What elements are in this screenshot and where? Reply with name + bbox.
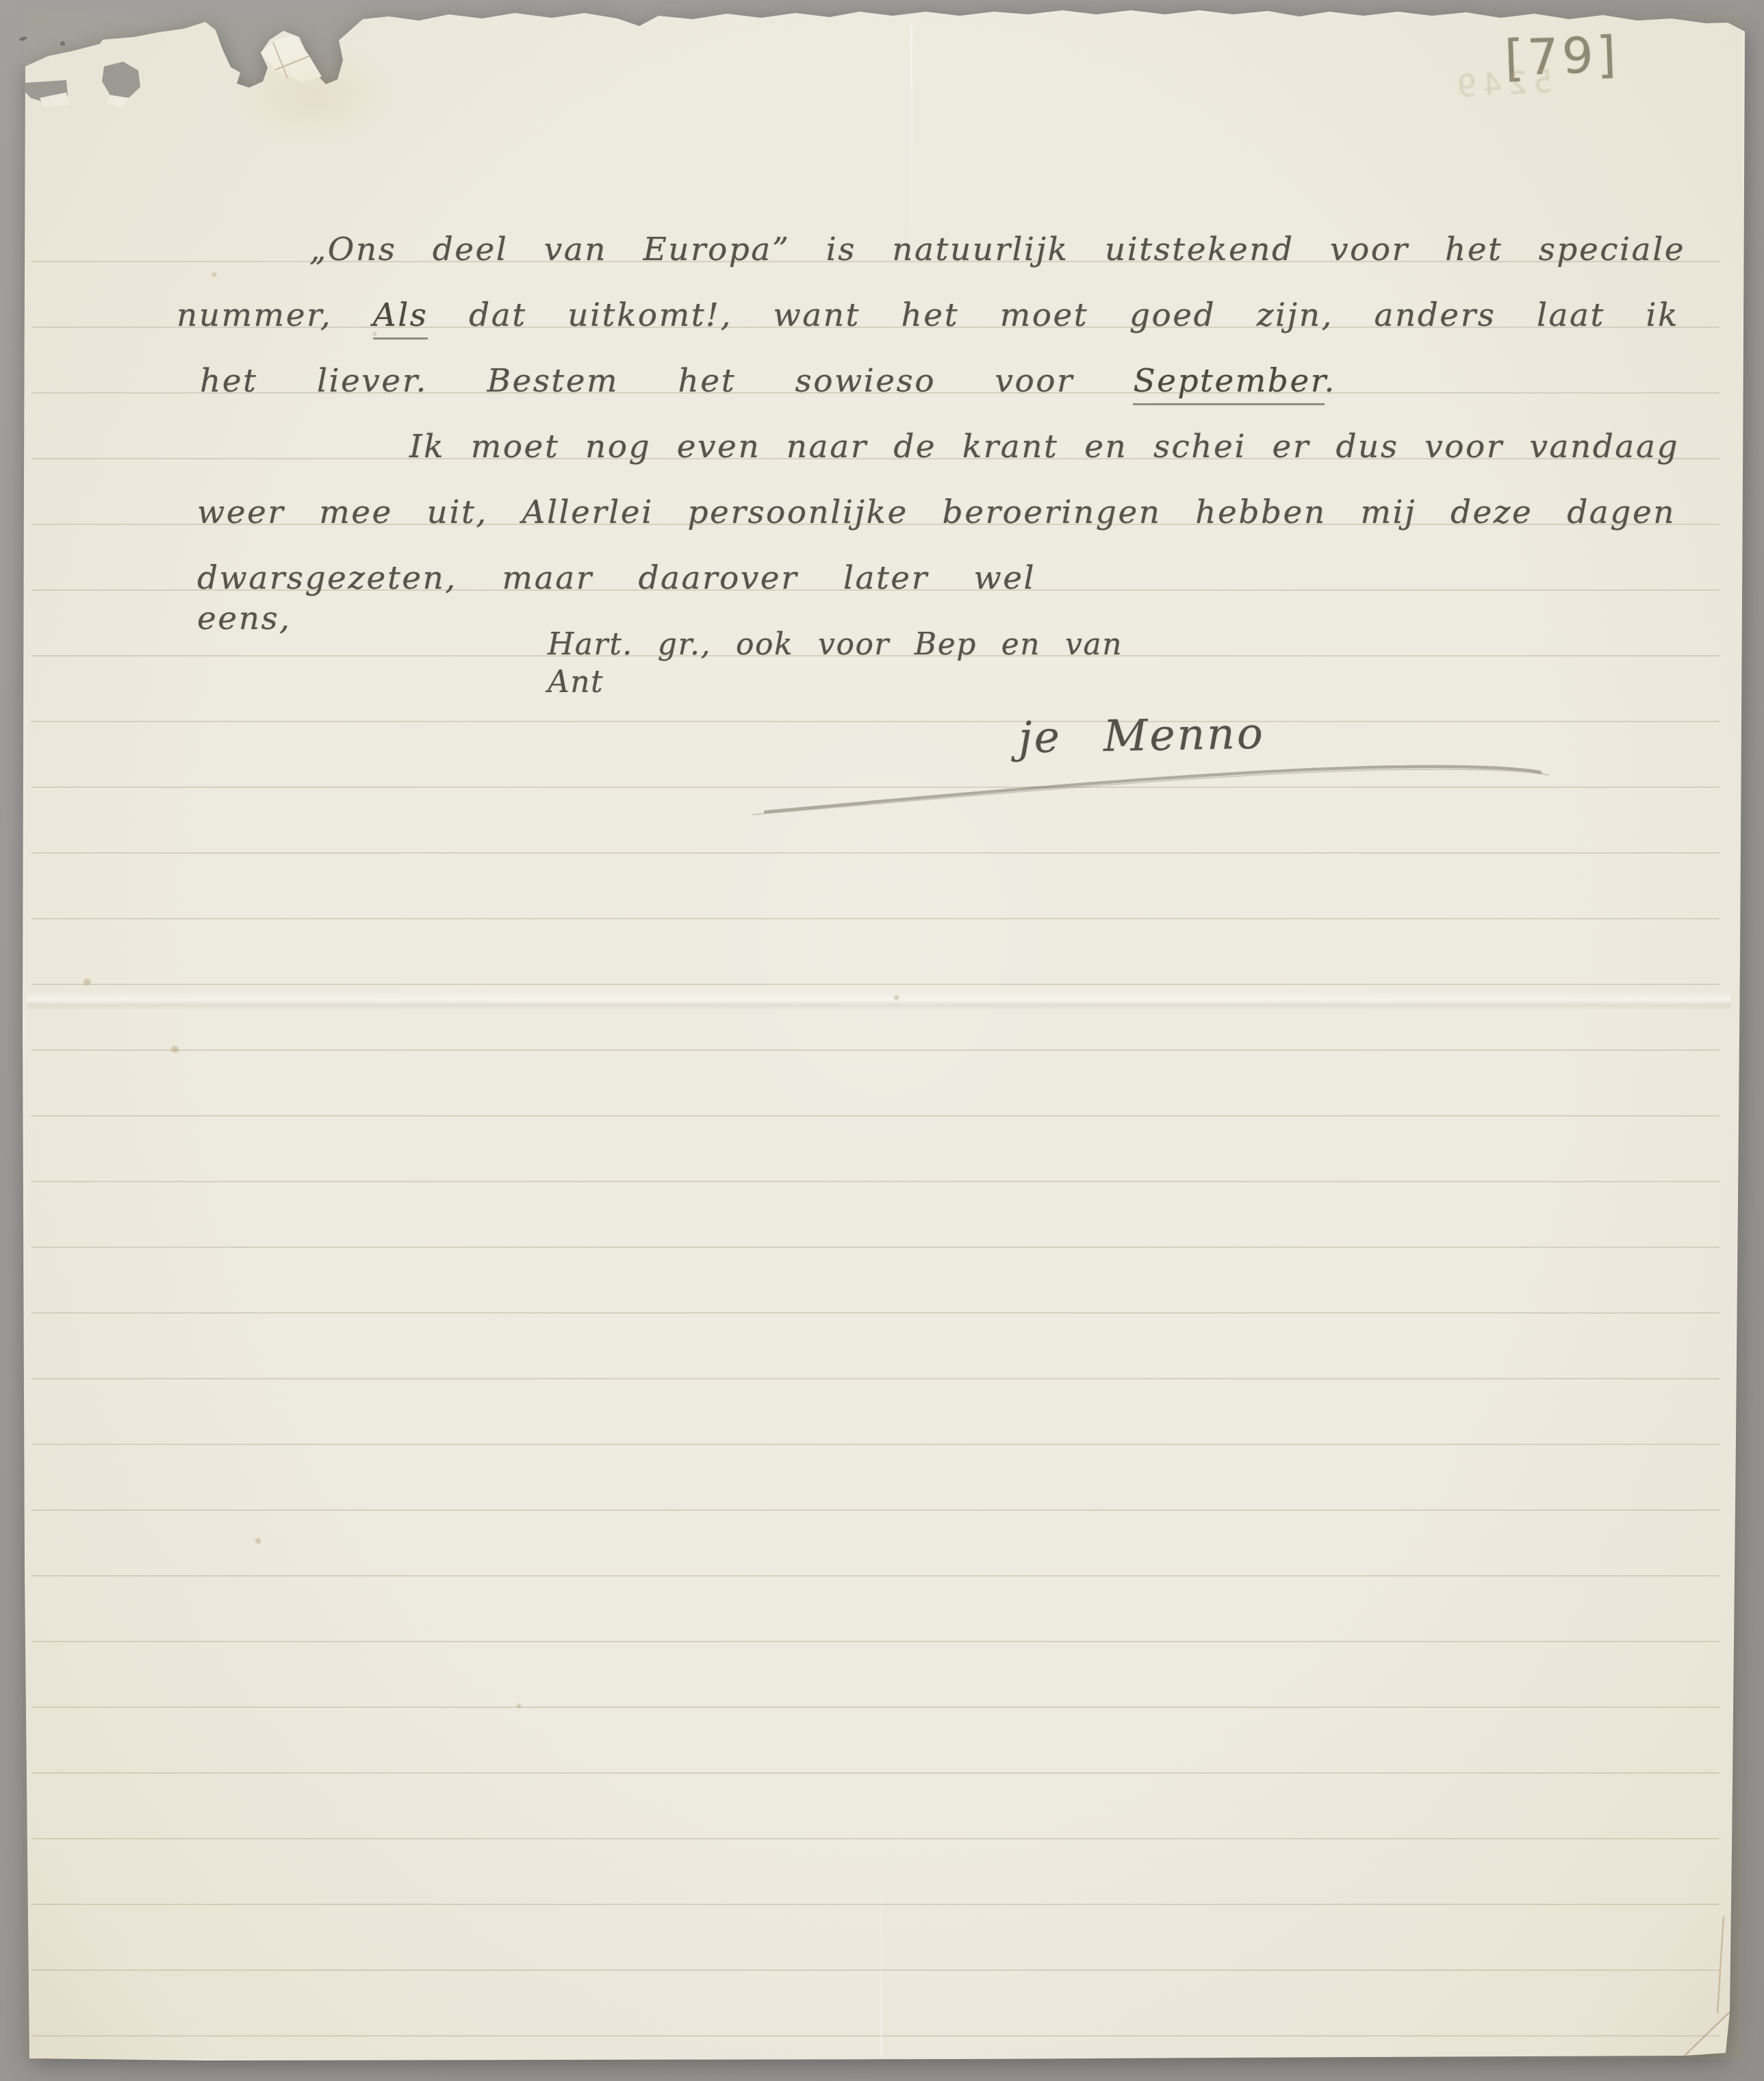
scanned-letter-photograph: { "colors": { "background": "#999895", "… [0, 0, 1764, 2081]
signature-flourish [0, 0, 1764, 2081]
